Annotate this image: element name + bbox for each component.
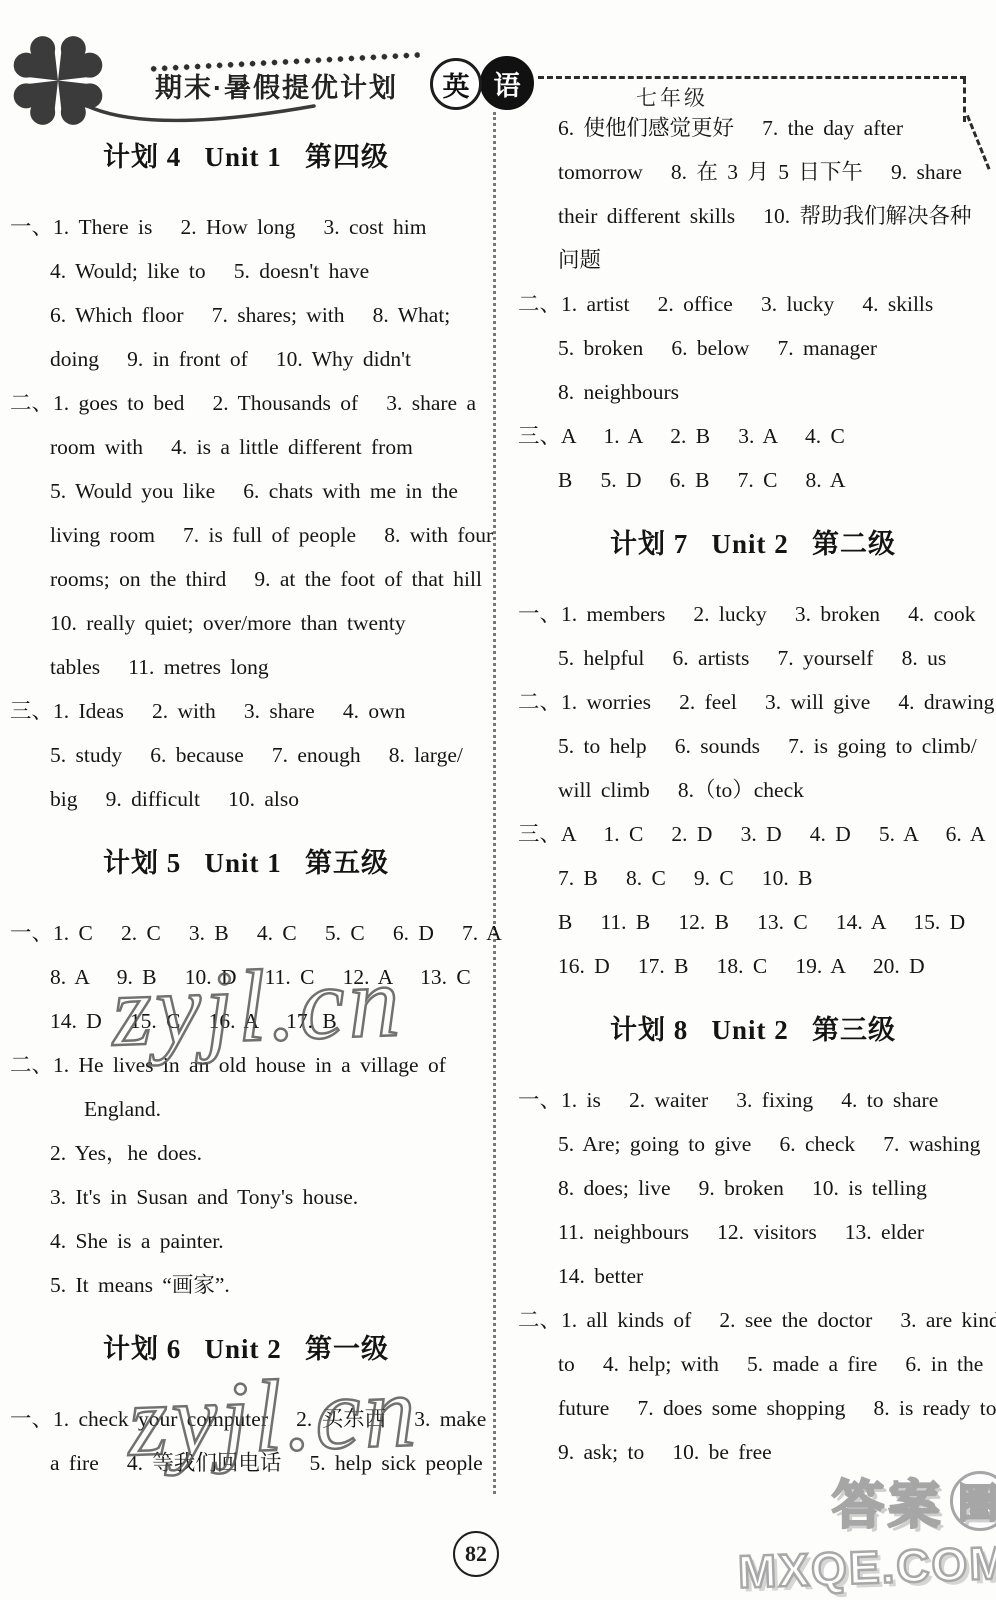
answer-line: 三、A 1. A 2. B 3. A 4. C [518, 414, 988, 458]
answer-line: 二、1. He lives in an old house in a villa… [10, 1043, 482, 1087]
answer-line: 一、1. There is 2. How long 3. cost him [10, 205, 482, 249]
answer-line: big 9. difficult 10. also [10, 777, 482, 821]
answer-line: tables 11. metres long [10, 645, 482, 689]
series-title: 期末·暑假提优计划 [155, 66, 435, 105]
answer-line: 7. B 8. C 9. C 10. B [518, 856, 988, 900]
answer-line: 5. to help 6. sounds 7. is going to clim… [518, 724, 988, 768]
subject-badge-yu: 语 [480, 56, 534, 110]
answer-line: 问题 [518, 238, 988, 282]
answer-line: 5. broken 6. below 7. manager [518, 326, 988, 370]
answer-line: 二、1. goes to bed 2. Thousands of 3. shar… [10, 381, 482, 425]
watermark-circled-char: 圈 [950, 1471, 996, 1531]
header-dashed-line [538, 76, 966, 79]
section-title: 计划 4 Unit 1 第四级 [10, 135, 482, 179]
page-number-badge: 82 [453, 1531, 499, 1577]
answer-line: 二、1. worries 2. feel 3. will give 4. dra… [518, 680, 988, 724]
section-title: 计划 8 Unit 2 第三级 [518, 1008, 988, 1052]
column-divider [493, 112, 496, 1494]
answer-line: 11. neighbours 12. visitors 13. elder [518, 1210, 988, 1254]
answer-line: 二、1. artist 2. office 3. lucky 4. skills [518, 282, 988, 326]
answer-line: 14. better [518, 1254, 988, 1298]
answer-line: 5. Would you like 6. chats with me in th… [10, 469, 482, 513]
right-column: 6. 使他们感觉更好 7. the day aftertomorrow 8. 在… [518, 106, 988, 1474]
section-title: 计划 6 Unit 2 第一级 [10, 1327, 482, 1371]
answer-line: 4. Would; like to 5. doesn't have [10, 249, 482, 293]
answer-line: 二、1. all kinds of 2. see the doctor 3. a… [518, 1298, 988, 1342]
page-number: 82 [465, 1541, 487, 1567]
answer-line: a fire 4. 等我们回电话 5. help sick people [10, 1441, 482, 1485]
answer-line: 5. helpful 6. artists 7. yourself 8. us [518, 636, 988, 680]
answer-line: 2. Yes，he does. [10, 1131, 482, 1175]
answer-line: 8. neighbours [518, 370, 988, 414]
answer-line: 4. She is a painter. [10, 1219, 482, 1263]
answer-line: to 4. help; with 5. made a fire 6. in th… [518, 1342, 988, 1386]
answer-line: 一、1. members 2. lucky 3. broken 4. cook [518, 592, 988, 636]
watermark-answer-site: 答案 圈 MXQE.COM [738, 1463, 996, 1594]
answer-line: 16. D 17. B 18. C 19. A 20. D [518, 944, 988, 988]
answer-line: 3. It's in Susan and Tony's house. [10, 1175, 482, 1219]
answer-line: 6. Which floor 7. shares; with 8. What; [10, 293, 482, 337]
answer-line: 5. It means “画家”. [10, 1263, 482, 1307]
answer-line: rooms; on the third 9. at the foot of th… [10, 557, 482, 601]
answer-line: 8. does; live 9. broken 10. is telling [518, 1166, 988, 1210]
answer-line: living room 7. is full of people 8. with… [10, 513, 482, 557]
watermark-site-prefix: 答案 [832, 1463, 944, 1538]
answer-line: 5. Are; going to give 6. check 7. washin… [518, 1122, 988, 1166]
answer-line: 一、1. check your computer 2. 买东西 3. make [10, 1397, 482, 1441]
answer-line: 三、A 1. C 2. D 3. D 4. D 5. A 6. A [518, 812, 988, 856]
answer-line: room with 4. is a little different from [10, 425, 482, 469]
answer-line: 一、1. is 2. waiter 3. fixing 4. to share [518, 1078, 988, 1122]
answer-line: will climb 8.（to）check [518, 768, 988, 812]
watermark-site-name: 答案 圈 [738, 1463, 996, 1538]
answer-line: tomorrow 8. 在 3 月 5 日下午 9. share [518, 150, 988, 194]
answer-line: 8. A 9. B 10. D 11. C 12. A 13. C [10, 955, 482, 999]
answer-line: 一、1. C 2. C 3. B 4. C 5. C 6. D 7. A [10, 911, 482, 955]
answer-line: 9. ask; to 10. be free [518, 1430, 988, 1474]
answer-line: 5. study 6. because 7. enough 8. large/ [10, 733, 482, 777]
answer-line: England. [10, 1087, 482, 1131]
answer-line: 10. really quiet; over/more than twenty [10, 601, 482, 645]
answer-line: 6. 使他们感觉更好 7. the day after [518, 106, 988, 150]
answer-line: 14. D 15. C 16. A 17. B [10, 999, 482, 1043]
subject-badge-ying: 英 [430, 58, 482, 110]
answer-line: 三、1. Ideas 2. with 3. share 4. own [10, 689, 482, 733]
section-title: 计划 7 Unit 2 第二级 [518, 522, 988, 566]
answer-line: B 5. D 6. B 7. C 8. A [518, 458, 988, 502]
watermark-site-url: MXQE.COM [738, 1535, 996, 1598]
answer-line: doing 9. in front of 10. Why didn't [10, 337, 482, 381]
answer-line: future 7. does some shopping 8. is ready… [518, 1386, 988, 1430]
answer-line: their different skills 10. 帮助我们解决各种 [518, 194, 988, 238]
answer-key-page: 期末·暑假提优计划 英 语 七年级 计划 4 Unit 1 第四级一、1. Th… [0, 0, 996, 1600]
answer-line: B 11. B 12. B 13. C 14. A 15. D [518, 900, 988, 944]
left-column: 计划 4 Unit 1 第四级一、1. There is 2. How long… [10, 115, 482, 1485]
section-title: 计划 5 Unit 1 第五级 [10, 841, 482, 885]
